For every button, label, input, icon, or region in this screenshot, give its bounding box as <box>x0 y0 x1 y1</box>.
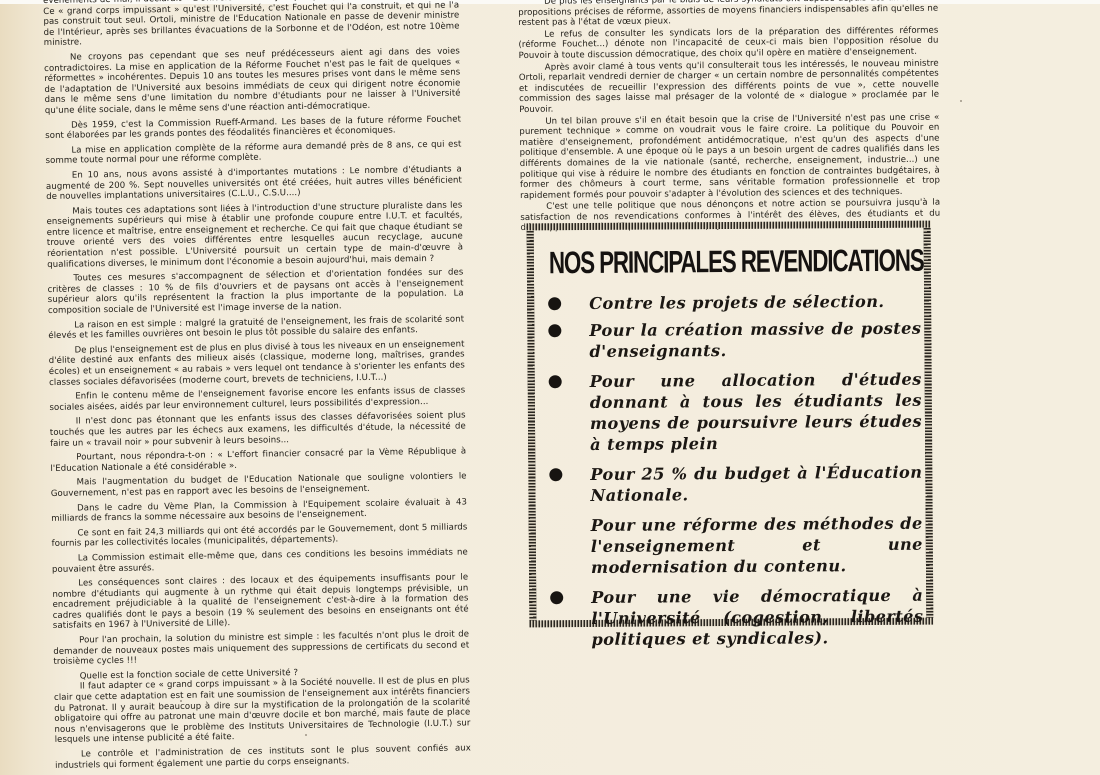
bullet-dot-icon <box>550 591 563 604</box>
demand-item: Pour 25 % du budget à l'Éducation Nation… <box>546 462 922 507</box>
bullet-dot-icon <box>549 468 562 481</box>
paper-speck <box>180 700 182 702</box>
article-paragraph: En 10 ans, nous avons assisté à d'import… <box>46 164 462 202</box>
demand-item: Contre les projets de sélection. <box>545 291 921 315</box>
demand-text: Pour une vie démocratique à l'Université… <box>591 585 923 650</box>
article-paragraph: De plus l'enseignement est de plus en pl… <box>48 339 465 388</box>
article-paragraph: Enfin le contenu même de l'enseignement … <box>49 386 465 414</box>
paper-speck <box>960 100 962 102</box>
article-paragraph: De plus les enseignants par le biais de … <box>518 0 938 29</box>
article-paragraph: Il n'est donc pas étonnant que les enfan… <box>50 411 466 449</box>
article-paragraph: Le contrôle et l'administration de ces i… <box>55 743 471 771</box>
article-paragraph: Le refus de consulter les syndicats lors… <box>518 25 938 61</box>
demands-list: Contre les projets de sélection. Pour la… <box>545 291 924 660</box>
article-paragraph: Dès 1959, c'est la Commission Rueff-Arma… <box>45 114 461 142</box>
article-paragraph: Toutes ces mesures s'accompagnent de sél… <box>47 268 464 317</box>
demand-text: Contre les projets de sélection. <box>589 291 921 314</box>
article-paragraph: Ce sont en fait 24,3 milliards qui ont é… <box>51 522 467 550</box>
article-paragraph: Pourtant, nous répondra-t-on : « L'effor… <box>50 447 466 475</box>
article-paragraph: Mais l'augmentation du budget de l'Educa… <box>51 472 467 500</box>
article-paragraph: événements de mai, il déclarait « L'Univ… <box>43 0 460 49</box>
article-paragraph: Les conséquences sont claires : des loca… <box>52 572 469 631</box>
article-paragraph: Dans le cadre du Vème Plan, la Commissio… <box>51 497 467 525</box>
demand-text: Pour 25 % du budget à l'Éducation Nation… <box>590 462 922 506</box>
article-paragraph: Un tel bilan prouve s'il en était besoin… <box>519 112 940 201</box>
demands-title: NOS PRINCIPALES REVENDICATIONS <box>549 243 924 282</box>
article-paragraph: La Commission estimait elle-même que, da… <box>52 547 468 575</box>
bullet-dot-icon <box>548 324 561 337</box>
demand-item: Pour une allocation d'études donnant à t… <box>546 369 923 456</box>
article-paragraph: La raison en est simple : malgré la grat… <box>48 314 464 342</box>
demand-item: Pour une réforme des méthodes de l'ensei… <box>547 513 923 579</box>
bullet-dot-icon <box>549 375 562 388</box>
demand-text: Pour une allocation d'études donnant à t… <box>590 369 923 455</box>
right-article-column: De plus les enseignants par le biais de … <box>518 0 940 235</box>
left-article-column: événements de mai, il déclarait « L'Univ… <box>43 0 471 775</box>
article-paragraph: Après avoir clamé à tous vents qu'il con… <box>519 58 940 115</box>
article-paragraph: Il faut adapter ce « grand corps impuiss… <box>54 676 471 746</box>
demand-item: Pour la création massive de postes d'ens… <box>545 318 921 363</box>
article-paragraph: Mais toutes ces adaptations sont liées à… <box>46 200 463 270</box>
article-paragraph: Ne croyons pas cependant que ses neuf pr… <box>44 46 461 116</box>
demand-item: Pour une vie démocratique à l'Université… <box>547 585 923 651</box>
paper-speck <box>395 697 397 699</box>
demand-text: Pour une réforme des méthodes de l'ensei… <box>591 513 923 578</box>
article-paragraph: La mise en application complète de la ré… <box>45 139 461 167</box>
demands-box: NOS PRINCIPALES REVENDICATIONS Contre le… <box>527 221 934 628</box>
paper-speck <box>305 734 307 736</box>
demand-text: Pour la création massive de postes d'ens… <box>589 318 921 362</box>
article-paragraph: Pour l'an prochain, la solution du minis… <box>53 629 469 667</box>
bullet-dot-icon <box>548 297 561 310</box>
